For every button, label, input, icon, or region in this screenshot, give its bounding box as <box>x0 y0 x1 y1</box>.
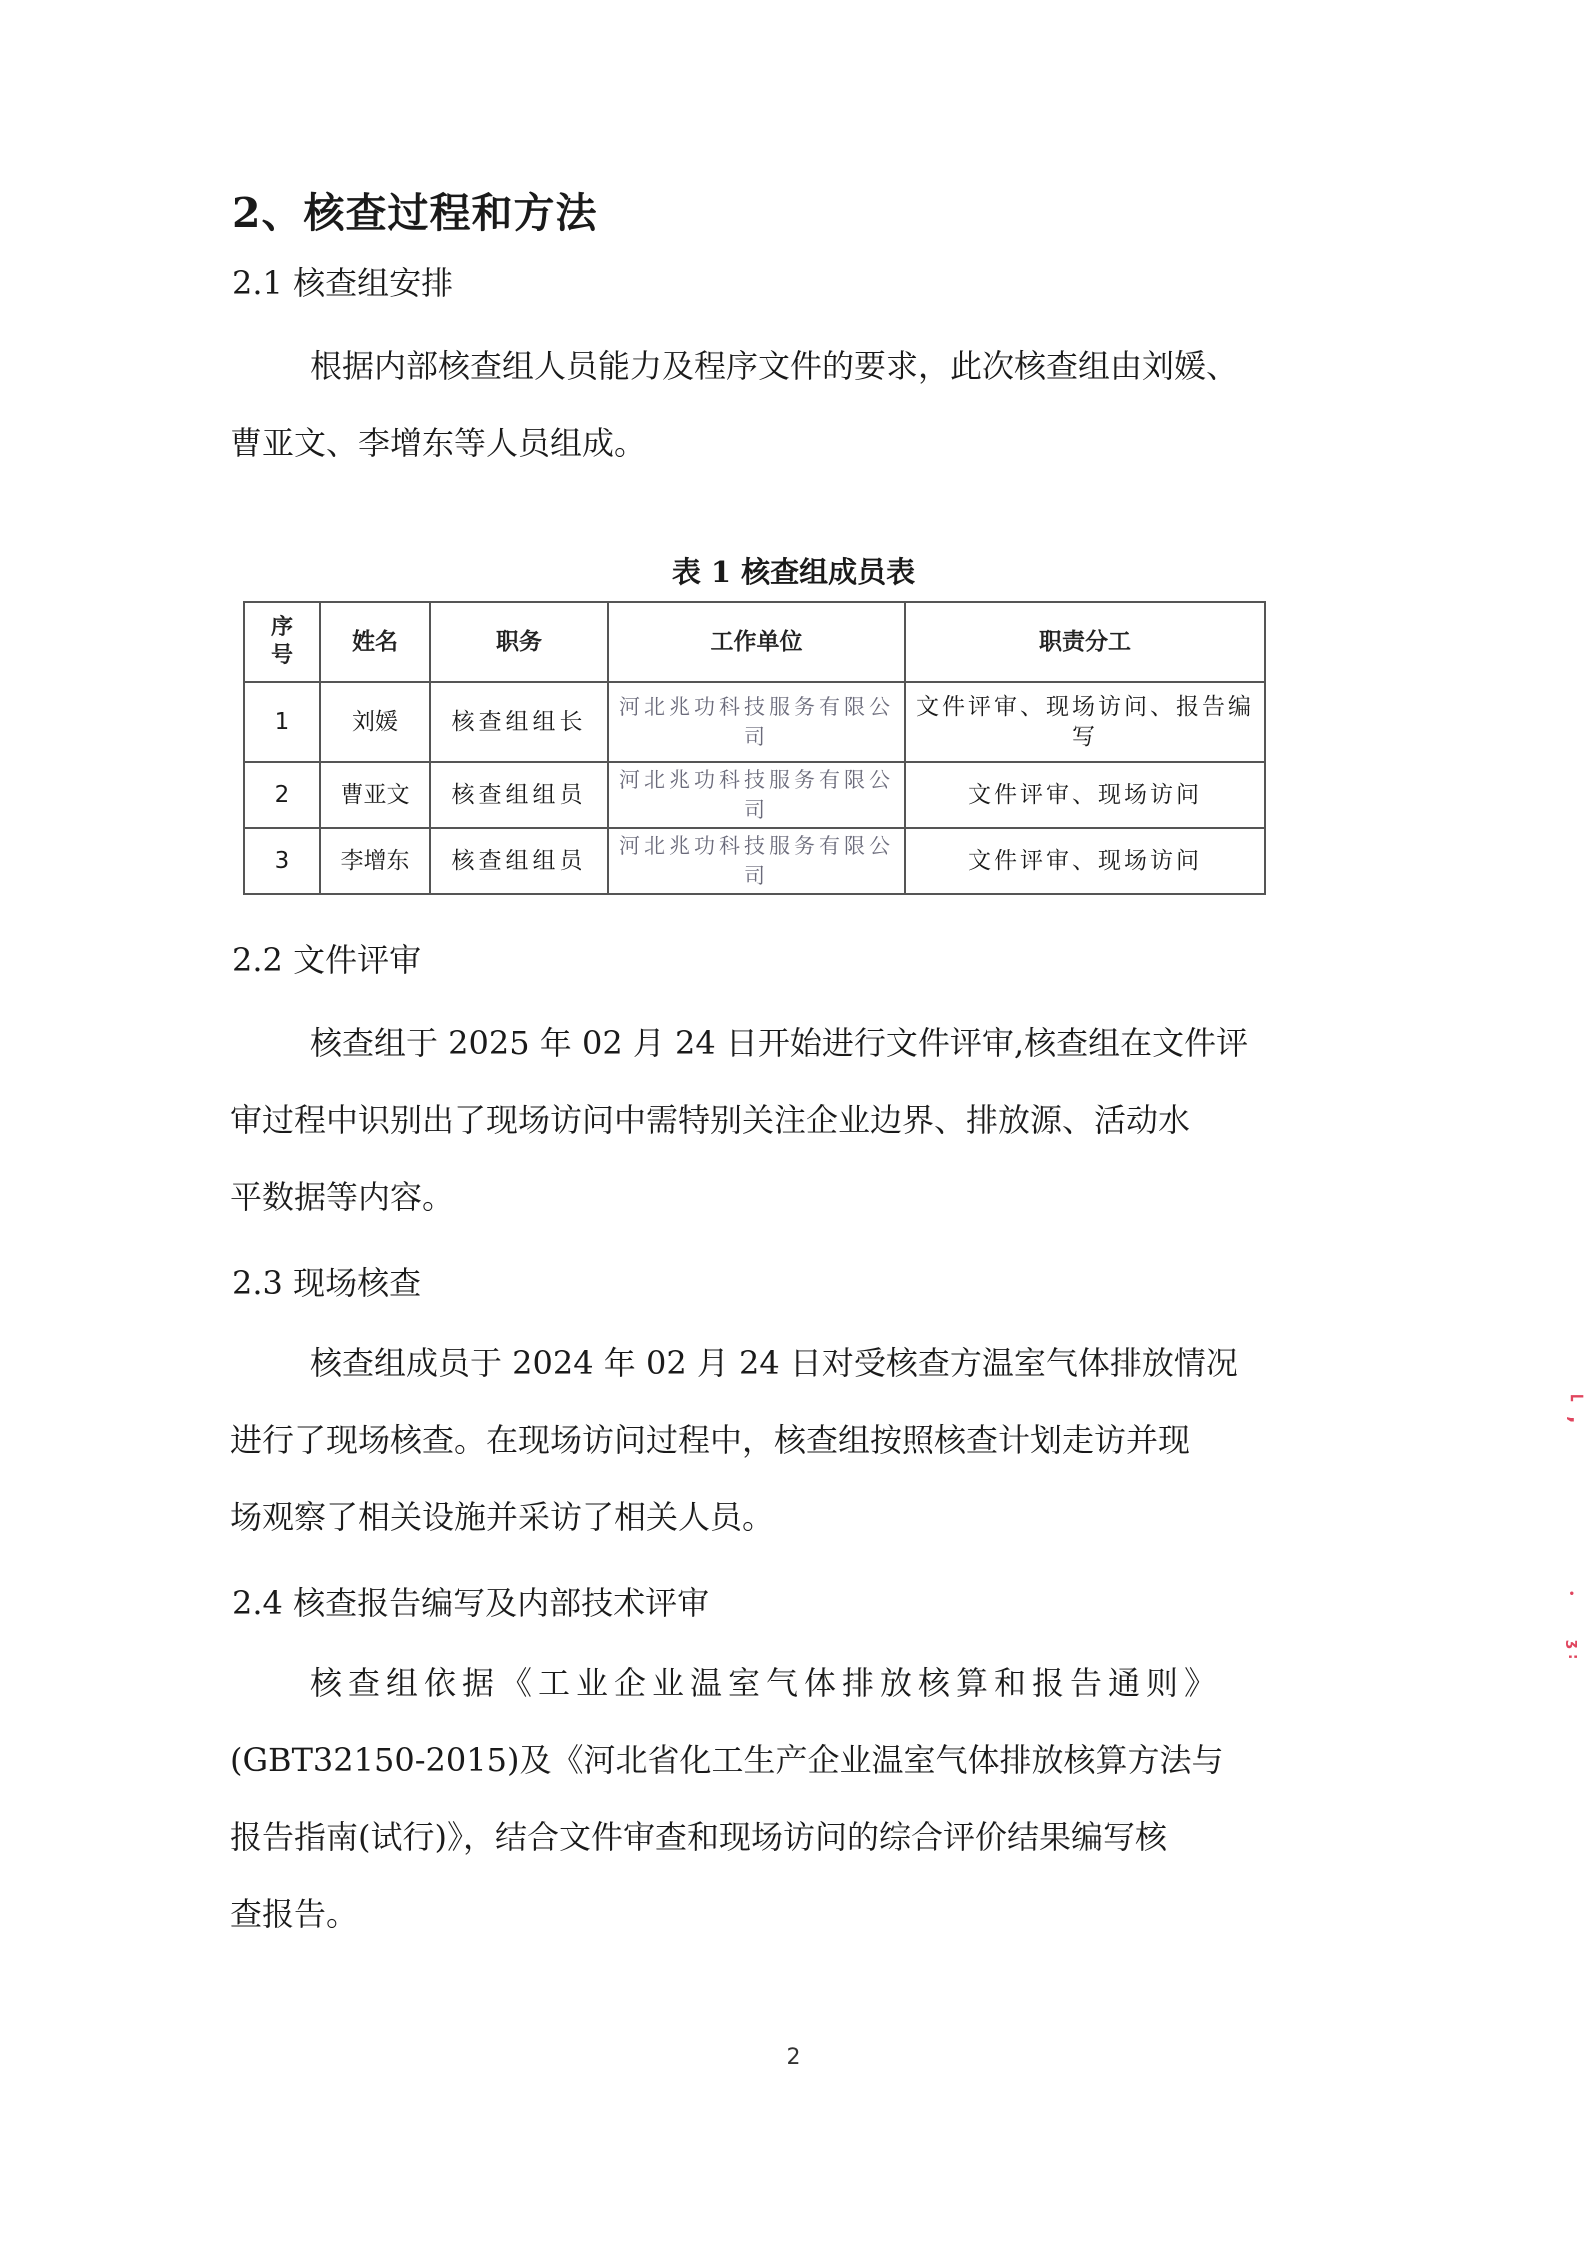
cell-seq: 2 <box>244 762 320 828</box>
paragraph-line: 场观察了相关设施并采访了相关人员。 <box>230 1479 1350 1556</box>
cell-name: 刘媛 <box>320 682 430 762</box>
seal-stamp-fragment-icon: • <box>1565 1590 1576 1596</box>
cell-duty: 文件评审、现场访问 <box>905 762 1265 828</box>
paragraph-line: 根据内部核查组人员能力及程序文件的要求，此次核查组由刘媛、 <box>230 328 1350 405</box>
cell-duty: 文件评审、现场访问 <box>905 828 1265 894</box>
table-row: 3 李增东 核查组组员 河北兆功科技服务有限公司 文件评审、现场访问 <box>244 828 1265 894</box>
paragraph-document-review: 核查组于 2025 年 02 月 24 日开始进行文件评审,核查组在文件评 审过… <box>230 1005 1350 1236</box>
table-header-row: 序号 姓名 职务 工作单位 职责分工 <box>244 602 1265 682</box>
team-members-table: 序号 姓名 职务 工作单位 职责分工 1 刘媛 核查组组长 河北兆功科技服务有限… <box>243 601 1266 895</box>
cell-unit: 河北兆功科技服务有限公司 <box>608 828 905 894</box>
header-seq: 序号 <box>244 602 320 682</box>
document-page: 2、核查过程和方法 2.1 核查组安排 根据内部核查组人员能力及程序文件的要求，… <box>0 0 1587 2244</box>
page-number: 2 <box>0 2045 1587 2070</box>
paragraph-line: 审过程中识别出了现场访问中需特别关注企业边界、排放源、活动水 <box>230 1082 1350 1159</box>
subsection-heading-2-4: 2.4 核查报告编写及内部技术评审 <box>232 1578 709 1624</box>
paragraph-onsite-verification: 核查组成员于 2024 年 02 月 24 日对受核查方温室气体排放情况 进行了… <box>230 1325 1350 1556</box>
paragraph-line: 平数据等内容。 <box>230 1159 1350 1236</box>
cell-name: 曹亚文 <box>320 762 430 828</box>
paragraph-team-arrangement: 根据内部核查组人员能力及程序文件的要求，此次核查组由刘媛、 曹亚文、李增东等人员… <box>230 328 1350 482</box>
cell-role: 核查组组长 <box>430 682 608 762</box>
cell-role: 核查组组员 <box>430 762 608 828</box>
header-name: 姓名 <box>320 602 430 682</box>
paragraph-line: 查报告。 <box>230 1876 1350 1953</box>
paragraph-line: 核查组成员于 2024 年 02 月 24 日对受核查方温室气体排放情况 <box>230 1325 1350 1402</box>
cell-name: 李增东 <box>320 828 430 894</box>
cell-seq: 3 <box>244 828 320 894</box>
paragraph-report-writing: 核查组依据《工业企业温室气体排放核算和报告通则》 (GBT32150-2015)… <box>230 1645 1350 1953</box>
paragraph-line: 报告指南(试行)》，结合文件审查和现场访问的综合评价结果编写核 <box>230 1799 1350 1876</box>
table-row: 2 曹亚文 核查组组员 河北兆功科技服务有限公司 文件评审、现场访问 <box>244 762 1265 828</box>
subsection-heading-2-2: 2.2 文件评审 <box>232 935 421 981</box>
cell-role: 核查组组员 <box>430 828 608 894</box>
header-unit: 工作单位 <box>608 602 905 682</box>
section-title: 2、核查过程和方法 <box>232 180 598 239</box>
table-caption: 表 1 核查组成员表 <box>0 550 1587 591</box>
subsection-heading-2-1: 2.1 核查组安排 <box>232 258 453 304</box>
cell-duty: 文件评审、现场访问、报告编写 <box>905 682 1265 762</box>
cell-seq: 1 <box>244 682 320 762</box>
paragraph-line: (GBT32150-2015)及《河北省化工生产企业温室气体排放核算方法与 <box>230 1722 1350 1799</box>
cell-unit: 河北兆功科技服务有限公司 <box>608 762 905 828</box>
paragraph-line: 进行了现场核查。在现场访问过程中，核查组按照核查计划走访并现 <box>230 1402 1350 1479</box>
seal-stamp-fragment-icon: ⌐ , <box>1565 1385 1587 1424</box>
header-role: 职务 <box>430 602 608 682</box>
paragraph-line: 核查组依据《工业企业温室气体排放核算和报告通则》 <box>230 1645 1350 1722</box>
cell-unit: 河北兆功科技服务有限公司 <box>608 682 905 762</box>
subsection-heading-2-3: 2.3 现场核查 <box>232 1258 421 1304</box>
paragraph-line: 曹亚文、李增东等人员组成。 <box>230 405 1350 482</box>
paragraph-line: 核查组于 2025 年 02 月 24 日开始进行文件评审,核查组在文件评 <box>230 1005 1350 1082</box>
seal-stamp-fragment-icon: ʒ ꞉ <box>1565 1640 1581 1659</box>
header-duty: 职责分工 <box>905 602 1265 682</box>
table-row: 1 刘媛 核查组组长 河北兆功科技服务有限公司 文件评审、现场访问、报告编写 <box>244 682 1265 762</box>
